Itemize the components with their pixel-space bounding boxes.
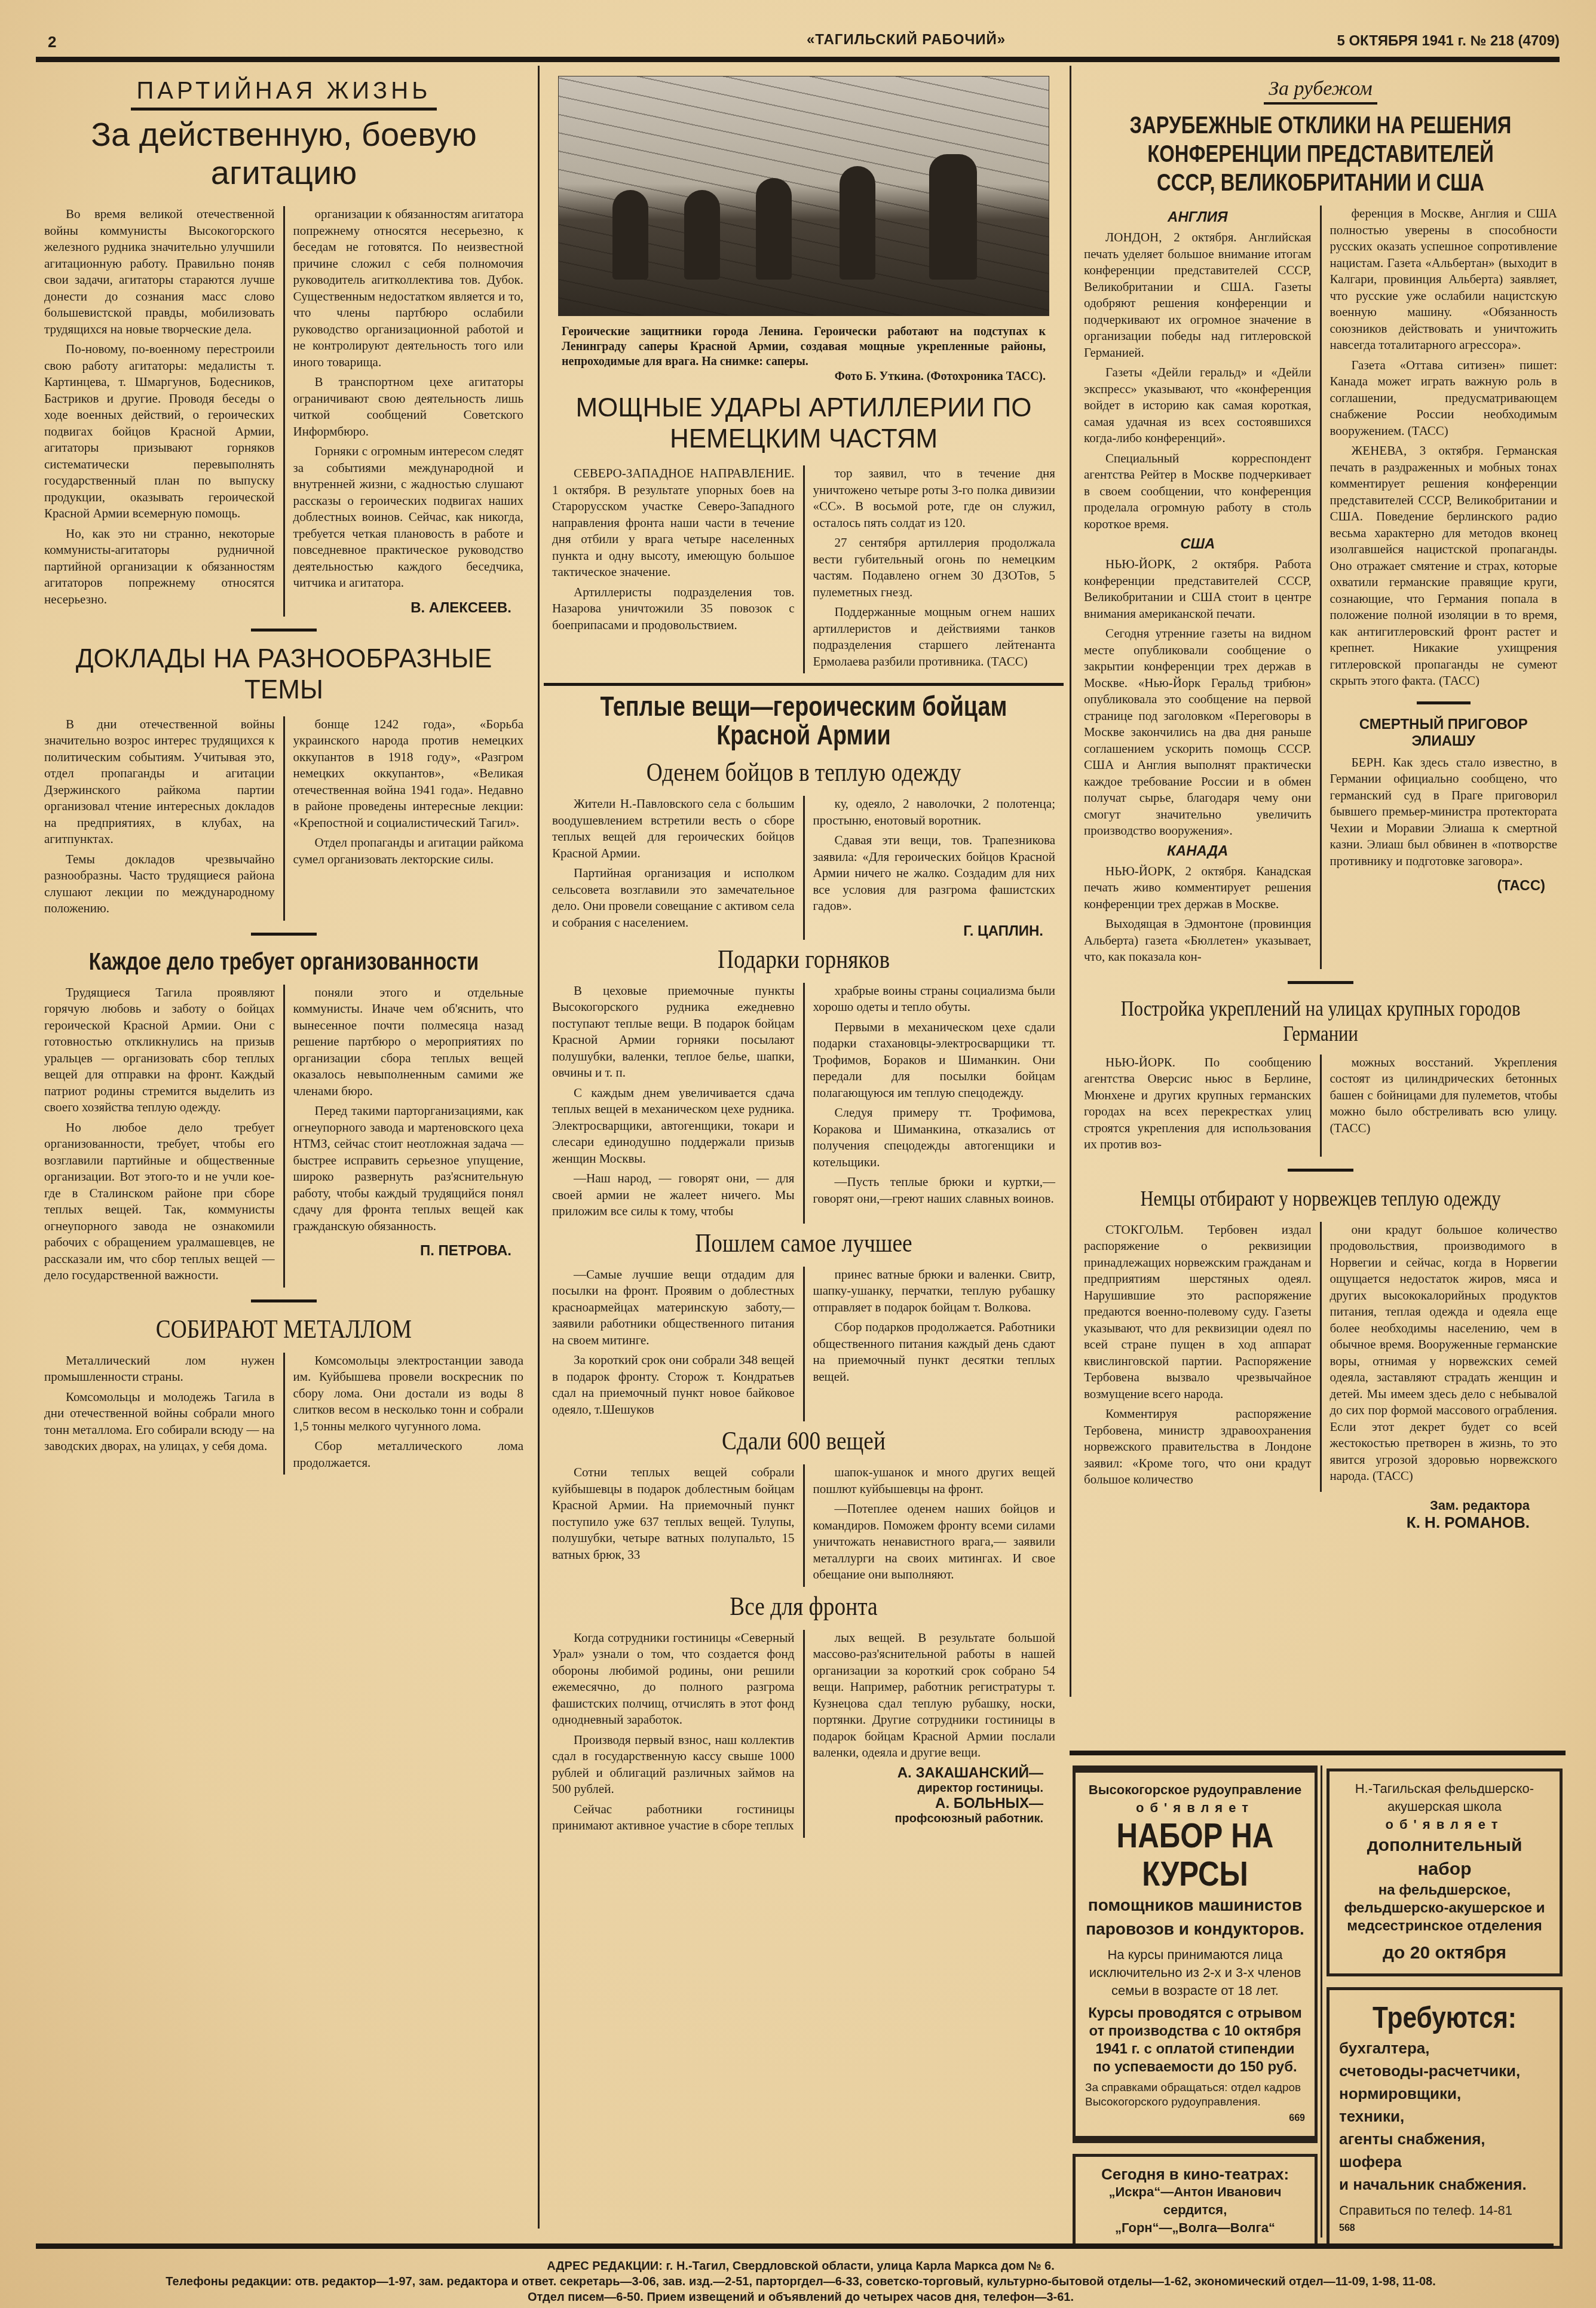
- article-body: В дни отечественной войны значительно во…: [36, 716, 532, 921]
- editorial-letters: Отдел писем—6-50. Прием извещений и объя…: [36, 2289, 1566, 2305]
- article-title: СМЕРТНЫЙ ПРИГОВОР ЭЛИАШУ: [1330, 716, 1558, 750]
- paragraph: 27 сентября артиллерия продолжала вести …: [813, 535, 1056, 600]
- ad-cinema: Сегодня в кино-театрах: „Искра“—Антон Ив…: [1073, 2154, 1318, 2248]
- paragraph: —Пусть теплые брюки и куртки,— говорят о…: [813, 1174, 1056, 1207]
- footer-rule: [36, 2243, 1554, 2249]
- paragraph: Горняки с огромным интересом следят за с…: [293, 443, 524, 591]
- paragraph: Выходящая в Эдмонтоне (провинция Альберт…: [1084, 916, 1312, 966]
- paragraph: Сбор подарков продолжается. Работники об…: [813, 1319, 1056, 1385]
- paragraph: В цеховые приемочные пункты Высокогорско…: [552, 983, 795, 1081]
- paragraph: В дни отечественной войны значительно во…: [44, 716, 275, 848]
- paragraph: Темы докладов чрезвычайно разнообразны. …: [44, 851, 275, 917]
- banner-headline: Теплые вещи—героическим бойцам Красной А…: [590, 692, 1016, 749]
- paragraph: принес ватные брюки и валенки. Свитр, ша…: [813, 1267, 1056, 1316]
- article-body: СТОКГОЛЬМ. Тербовен издал распоряжение о…: [1076, 1222, 1566, 1492]
- article-title: ДОКЛАДЫ НА РАЗНООБРАЗНЫЕ ТЕМЫ: [36, 643, 532, 706]
- section-heading: За рубежом: [1076, 78, 1566, 100]
- paragraph: С каждым днем увеличивается сдача теплых…: [552, 1085, 795, 1167]
- article-body: НЬЮ-ЙОРК. По сообщению агентства Оверсис…: [1076, 1055, 1566, 1157]
- wanted-item: нормировщики,: [1339, 2082, 1550, 2105]
- article-title: За действенную, боевую агитацию: [36, 115, 532, 192]
- separator: [251, 933, 317, 936]
- article-body: Трудящиеся Тагила проявляют горячую любо…: [36, 985, 532, 1288]
- article-body: Во время великой отечественной войны ком…: [36, 206, 532, 617]
- author-signature: А. ЗАКАШАНСКИЙ—: [813, 1765, 1044, 1782]
- paragraph: —Самые лучшие вещи отдадим для посылки н…: [552, 1267, 795, 1349]
- paragraph: Перед такими парторганизациями, как огне…: [293, 1103, 524, 1234]
- country-subhead: АНГЛИЯ: [1084, 209, 1312, 226]
- paragraph: По-новому, по-военному перестроили свою …: [44, 341, 275, 522]
- footer: АДРЕС РЕДАКЦИИ: г. Н.-Тагил, Свердловско…: [36, 2258, 1566, 2305]
- paragraph: Металлический лом нужен промышленности с…: [44, 1353, 275, 1386]
- sappers-photo: [558, 76, 1049, 316]
- paragraph: Артиллеристы подразделения тов. Назарова…: [552, 584, 795, 634]
- paragraph: Трудящиеся Тагила проявляют горячую любо…: [44, 985, 275, 1116]
- article-body: Жители Н.-Павловского села с большим воо…: [544, 796, 1064, 940]
- paragraph: Отдел пропаганды и агитации райкома суме…: [293, 835, 524, 868]
- editor-label: Зам. редактора: [1076, 1498, 1530, 1513]
- paragraph: Специальный корреспондент агентства Рейт…: [1084, 450, 1312, 533]
- center-column: Героические защитники города Ленина. Гер…: [544, 69, 1064, 1838]
- paragraph: они крадут большое количество продовольс…: [1330, 1222, 1558, 1485]
- editorial-address: АДРЕС РЕДАКЦИИ: г. Н.-Тагил, Свердловско…: [36, 2258, 1566, 2274]
- ad-box: Н.-Тагильская фельдшерско-акушерская шко…: [1327, 1768, 1563, 1976]
- paragraph: Первыми в механическом цехе сдали подарк…: [813, 1019, 1056, 1102]
- author-role: профсоюзный работник.: [813, 1812, 1044, 1826]
- paragraph: Комсомольцы электростанции завода им. Ку…: [293, 1353, 524, 1435]
- separator: [1288, 981, 1353, 984]
- article-body: В цеховые приемочные пункты Высокогорско…: [544, 983, 1064, 1224]
- wanted-item: и начальник снабжения.: [1339, 2173, 1550, 2196]
- paragraph: Сейчас работники гостиницы принимают акт…: [552, 1801, 795, 1834]
- article-title: Немцы отбирают у норвежцев теплую одежду: [1113, 1184, 1529, 1213]
- paragraph: ку, одеяло, 2 наволочки, 2 полотенца; пр…: [813, 796, 1056, 829]
- paragraph: Во время великой отечественной войны ком…: [44, 206, 275, 338]
- paragraph: СЕВЕРО-ЗАПАДНОЕ НАПРАВЛЕНИЕ. 1 октября. …: [552, 465, 795, 581]
- country-subhead: КАНАДА: [1084, 843, 1312, 860]
- author-role: директор гостиницы.: [813, 1782, 1044, 1795]
- column-divider: [1321, 1766, 1322, 2237]
- abroad-section: За рубежом ЗАРУБЕЖНЫЕ ОТКЛИКИ НА РЕШЕНИЯ…: [1076, 78, 1566, 1532]
- article-body: Сотни теплых вещей собрали куйбышевцы в …: [544, 1464, 1064, 1587]
- paragraph: Комментируя распоряжение Тербовена, мини…: [1084, 1406, 1312, 1488]
- paragraph: Производя первый взнос, наш коллектив сд…: [552, 1732, 795, 1798]
- article-title: Оденем бойцов в теплую одежду: [583, 758, 1025, 787]
- paragraph: —Наш народ, — говорят они, — для своей а…: [552, 1170, 795, 1220]
- paragraph: Поддержанные мощным огнем наших артиллер…: [813, 604, 1056, 670]
- section-heading: ПАРТИЙНАЯ ЖИЗНЬ: [36, 78, 532, 105]
- photo-credit: Фото Б. Уткина. (Фотохроника ТАСС).: [562, 369, 1046, 384]
- article-body: —Самые лучшие вещи отдадим для посылки н…: [544, 1267, 1064, 1422]
- author-signature: А. БОЛЬНЫХ—: [813, 1795, 1044, 1812]
- wanted-item: техники,: [1339, 2105, 1550, 2128]
- paragraph: Сбор металлического лома продолжается.: [293, 1438, 524, 1471]
- article-title: Подарки горняков: [583, 945, 1025, 974]
- paragraph: Жители Н.-Павловского села с большим воо…: [552, 796, 795, 862]
- ad-school: Н.-Тагильская фельдшерско-акушерская шко…: [1327, 1768, 1563, 2260]
- ads-rule: [1070, 1751, 1566, 1755]
- photo-caption: Героические защитники города Ленина. Гер…: [562, 324, 1046, 384]
- article-title: Пошлем самое лучшее: [583, 1228, 1025, 1258]
- editor-credit: Зам. редактора К. Н. РОМАНОВ.: [1076, 1498, 1530, 1532]
- article-title: Все для фронта: [583, 1592, 1025, 1622]
- column-divider: [538, 66, 540, 2229]
- masthead-rule: [36, 57, 1560, 62]
- wanted-item: бухгалтера,: [1339, 2037, 1550, 2059]
- paragraph: Комсомольцы и молодежь Тагила в дни отеч…: [44, 1389, 275, 1455]
- newspaper-title: «ТАГИЛЬСКИЙ РАБОЧИЙ»: [807, 32, 1006, 48]
- author-signature: Г. ЦАПЛИН.: [813, 923, 1044, 940]
- editor-name: К. Н. РОМАНОВ.: [1076, 1513, 1530, 1532]
- paragraph: шапок-ушанок и много других вещей пошлют…: [813, 1464, 1056, 1497]
- paragraph: Сотни теплых вещей собрали куйбышевцы в …: [552, 1464, 795, 1563]
- wanted-item: счетоводы-расчетчики,: [1339, 2059, 1550, 2082]
- paragraph: лых вещей. В результате большой массово-…: [813, 1630, 1056, 1761]
- article-body: Когда сотрудники гостиницы «Северный Ура…: [544, 1630, 1064, 1838]
- paragraph: НЬЮ-ЙОРК. По сообщению агентства Оверсис…: [1084, 1055, 1312, 1153]
- paragraph: храбрые воины страны социализма были хор…: [813, 983, 1056, 1016]
- paragraph: НЬЮ-ЙОРК, 2 октября. Работа конференции …: [1084, 556, 1312, 622]
- party-life-section: ПАРТИЙНАЯ ЖИЗНЬ За действенную, боевую а…: [36, 78, 532, 1475]
- article-title: ЗАРУБЕЖНЫЕ ОТКЛИКИ НА РЕШЕНИЯ КОНФЕРЕНЦИ…: [1120, 111, 1521, 197]
- editorial-phones: Телефоны редакции: отв. редактор—1-97, з…: [36, 2274, 1566, 2289]
- paragraph: Партийная организация и исполком сельсов…: [552, 865, 795, 931]
- wanted-item: агенты снабжения,: [1339, 2128, 1550, 2150]
- paragraph: —Потеплее оденем наших бойцов и командир…: [813, 1501, 1056, 1583]
- paragraph: Но любое дело требует организованности, …: [44, 1120, 275, 1284]
- paragraph: тор заявил, что в течение дня уничтожено…: [813, 465, 1056, 531]
- paragraph: Когда сотрудники гостиницы «Северный Ура…: [552, 1630, 795, 1728]
- article-title: СОБИРАЮТ МЕТАЛЛОМ: [73, 1314, 495, 1344]
- masthead: 2 «ТАГИЛЬСКИЙ РАБОЧИЙ» 5 ОКТЯБРЯ 1941 г.…: [42, 27, 1572, 56]
- ad-wanted: Требуются: бухгалтера,счетоводы-расчетчи…: [1327, 1987, 1563, 2249]
- ad-box: Высокогорское рудоуправление об'являет Н…: [1073, 1766, 1318, 2143]
- page-number: 2: [48, 33, 56, 51]
- wanted-item: шофера: [1339, 2150, 1550, 2173]
- paragraph: поняли этого и отдельные коммунисты. Ина…: [293, 985, 524, 1100]
- paragraph: ЛОНДОН, 2 октября. Английская печать уде…: [1084, 229, 1312, 361]
- separator: [1288, 1169, 1353, 1172]
- news-source: (ТАСС): [1330, 878, 1546, 894]
- paragraph: Следуя примеру тт. Трофимова, Коракова и…: [813, 1105, 1056, 1170]
- paragraph: Но, как это ни странно, некоторые коммун…: [44, 526, 275, 608]
- paragraph: СТОКГОЛЬМ. Тербовен издал распоряжение о…: [1084, 1222, 1312, 1403]
- paragraph: можных восстаний. Укрепления состоят из …: [1330, 1055, 1558, 1137]
- paragraph: В транспортном цехе агитаторы ограничива…: [293, 374, 524, 440]
- article-body: Металлический лом нужен промышленности с…: [36, 1353, 532, 1475]
- paragraph: ференция в Москве, Англия и США полность…: [1330, 206, 1558, 354]
- article-title: Сдали 600 вещей: [583, 1426, 1025, 1456]
- article-title: МОЩНЫЕ УДАРЫ АРТИЛЛЕРИИ ПО НЕМЕЦКИМ ЧАСТ…: [544, 393, 1064, 455]
- article-body: АНГЛИЯ ЛОНДОН, 2 октября. Английская печ…: [1076, 206, 1566, 969]
- paragraph: ЖЕНЕВА, 3 октября. Германская печать в р…: [1330, 443, 1558, 689]
- separator: [251, 1299, 317, 1302]
- paragraph: Сегодня утренние газеты на видном месте …: [1084, 626, 1312, 839]
- paragraph: бонще 1242 года», «Борьба украинского на…: [293, 716, 524, 832]
- article-title: Каждое дело требует организованности: [81, 948, 488, 976]
- ad-courses: Высокогорское рудоуправление об'являет Н…: [1073, 1766, 1318, 2259]
- column-divider: [1070, 66, 1071, 1697]
- article-body: СЕВЕРО-ЗАПАДНОЕ НАПРАВЛЕНИЕ. 1 октября. …: [544, 465, 1064, 673]
- author-signature: П. ПЕТРОВА.: [293, 1243, 512, 1259]
- paragraph: Газеты «Дейли геральд» и «Дейли экспресс…: [1084, 364, 1312, 447]
- paragraph: Газета «Оттава ситизен» пишет: Канада мо…: [1330, 357, 1558, 440]
- paragraph: Сдавая эти вещи, тов. Трапезникова заяви…: [813, 832, 1056, 915]
- wanted-list: бухгалтера,счетоводы-расчетчики,нормиров…: [1339, 2037, 1550, 2196]
- paragraph: организации к обязанностям агитатора поп…: [293, 206, 524, 370]
- paragraph: БЕРН. Как здесь стало известно, в Герман…: [1330, 755, 1558, 870]
- article-title: Постройка укреплений на улицах крупных г…: [1113, 996, 1529, 1046]
- paragraph: За короткий срок они собрали 348 вещей в…: [552, 1352, 795, 1418]
- author-signature: В. АЛЕКСЕЕВ.: [293, 600, 512, 617]
- issue-date: 5 ОКТЯБРЯ 1941 г. № 218 (4709): [1337, 33, 1560, 50]
- separator: [251, 629, 317, 632]
- separator: [544, 683, 1064, 686]
- separator: [1417, 701, 1471, 704]
- country-subhead: США: [1084, 536, 1312, 553]
- paragraph: НЬЮ-ЙОРК, 2 октября. Канадская печать жи…: [1084, 863, 1312, 913]
